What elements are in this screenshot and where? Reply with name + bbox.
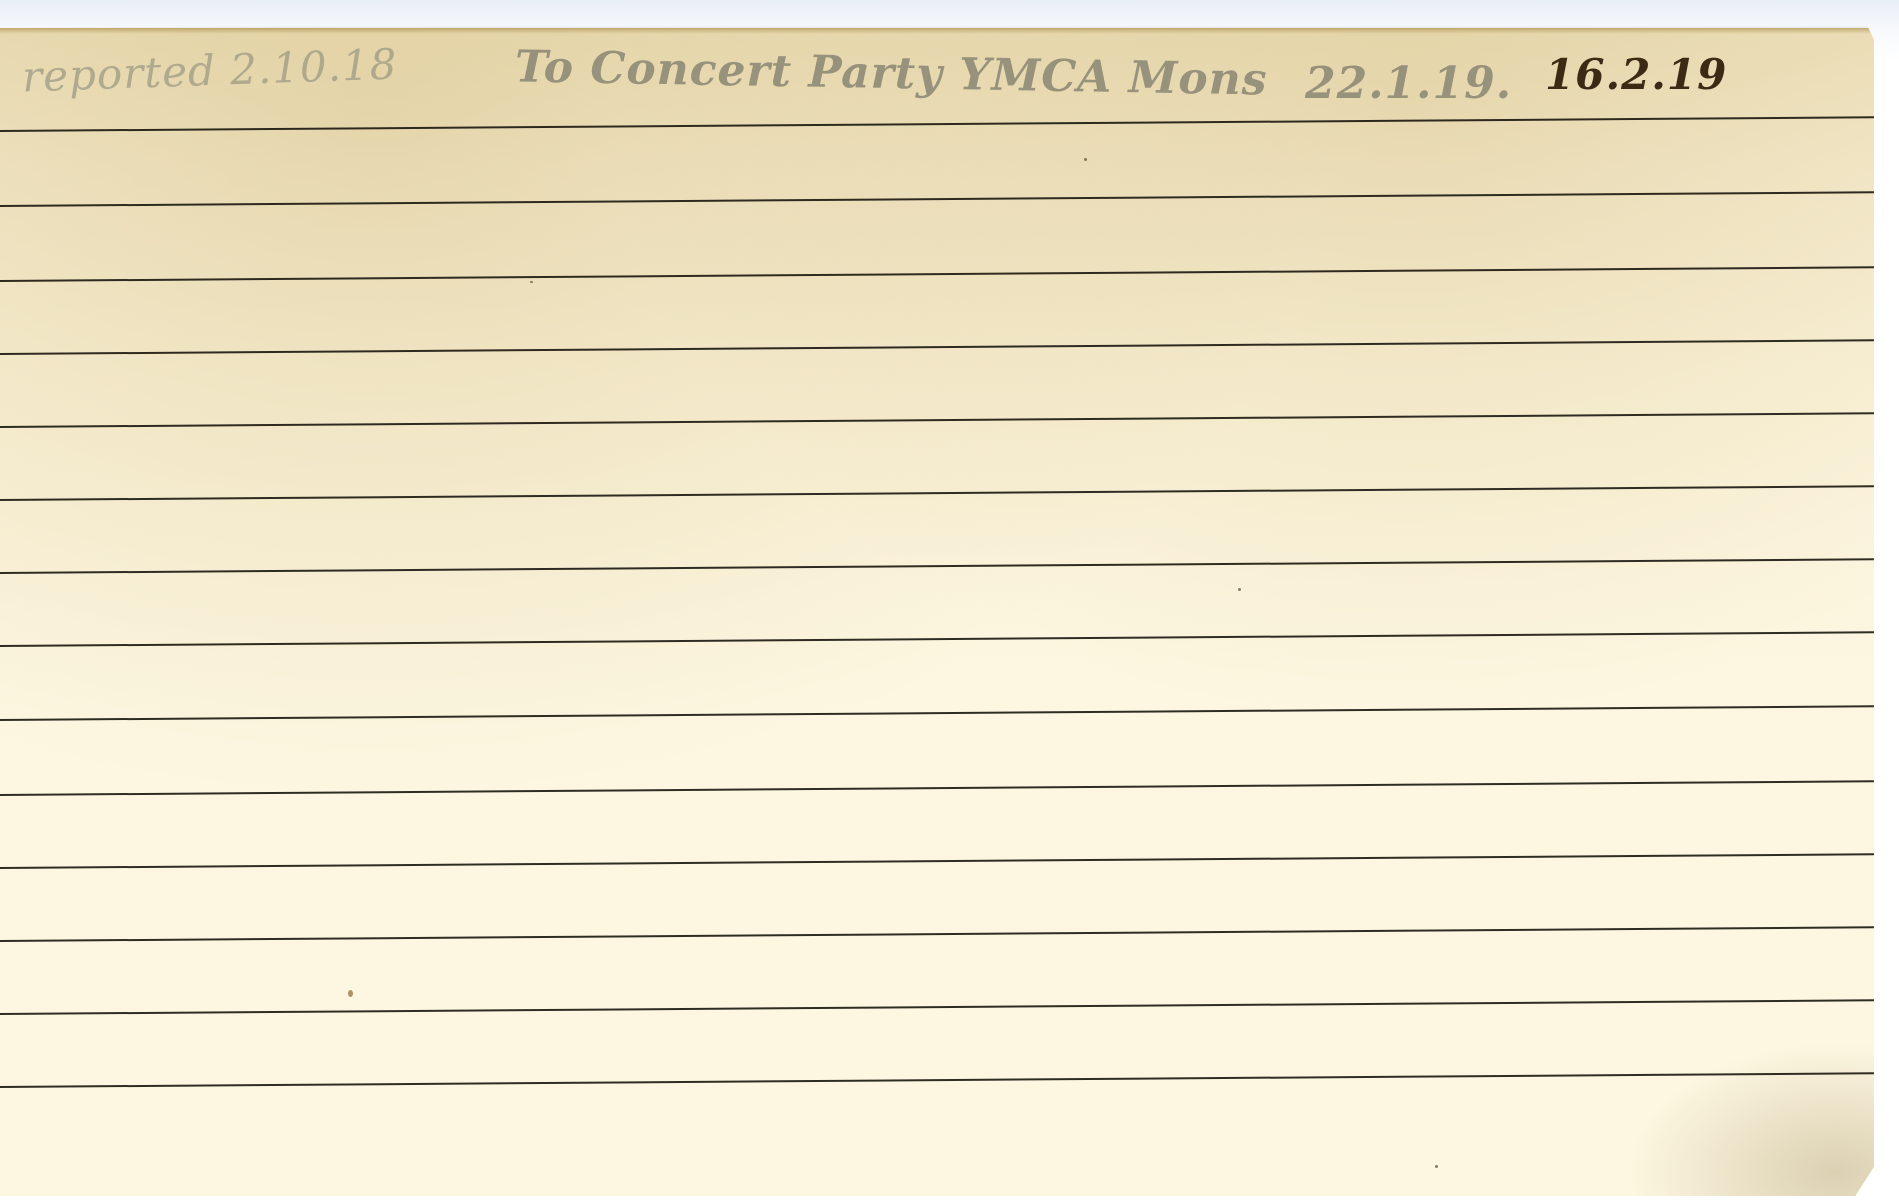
ruled-line: [0, 999, 1874, 1015]
ruled-line: [0, 485, 1874, 501]
ruled-line: [0, 705, 1874, 721]
ruled-line: [0, 412, 1874, 428]
ruled-line: [0, 1072, 1874, 1088]
reported-note: reported 2.10.18: [21, 39, 398, 101]
ruled-line: [0, 780, 1874, 796]
ruled-line: [0, 339, 1874, 355]
index-card: reported 2.10.18 To Concert Party YMCA M…: [0, 28, 1874, 1196]
paper-speck: [1084, 158, 1087, 161]
ruled-line: [0, 266, 1874, 282]
ruled-line: [0, 191, 1874, 207]
date-note-1: 22.1.19.: [1305, 58, 1512, 109]
ruled-line: [0, 116, 1874, 132]
paper-speck: [1435, 1165, 1438, 1168]
scanned-document: reported 2.10.18 To Concert Party YMCA M…: [0, 0, 1899, 1200]
ruled-line: [0, 853, 1874, 869]
paper-speck: [1238, 588, 1241, 591]
ruled-line: [0, 631, 1874, 647]
concert-party-note: To Concert Party YMCA Mons: [515, 41, 1268, 105]
paper-speck: [530, 281, 533, 283]
date-note-2: 16.2.19: [1545, 50, 1727, 99]
paper-speck: [348, 990, 353, 997]
ruled-line: [0, 926, 1874, 942]
ruled-line: [0, 558, 1874, 574]
